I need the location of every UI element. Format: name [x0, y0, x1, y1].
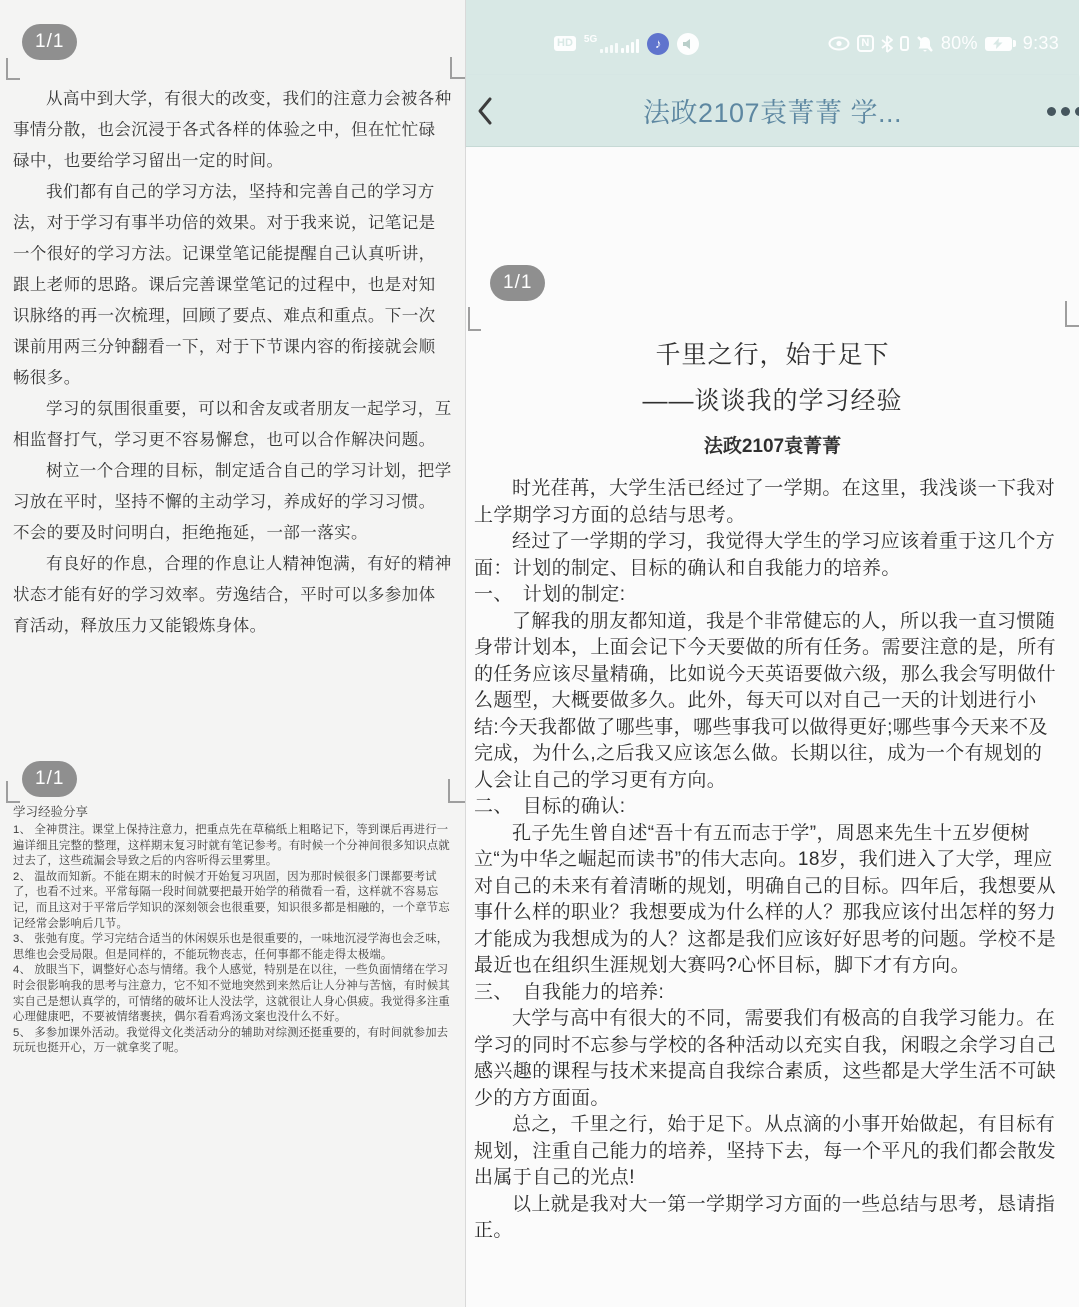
crop-corner-icon [1065, 301, 1079, 327]
document-title: 千里之行，始于足下 [466, 337, 1079, 373]
document-paragraph: 时光荏苒，大学生活已经过了一学期。在这里，我浅谈一下我对上学期学习方面的总结与思… [474, 476, 1058, 529]
essay-paragraph: 学习的氛围很重要，可以和舍友或者朋友一起学习，互相监督打气，学习更不容易懈怠，也… [13, 394, 452, 456]
screen: 1/1 从高中到大学，有很大的改变，我们的注意力会被各种事情分散，也会沉浸于各式… [0, 0, 1080, 1307]
document-paragraph: 以上就是我对大一第一学期学习方面的一些总结与思考，恳请指正。 [474, 1192, 1058, 1245]
speaker-glyph [682, 38, 694, 50]
signal-bars-sim1-icon [600, 43, 618, 53]
battery-percent-label: 80% [941, 33, 978, 54]
status-right-icons: N 80% 9:33 [828, 33, 1059, 54]
back-button[interactable] [476, 93, 502, 129]
chat-title: 法政2107袁菁菁 学... [643, 91, 902, 130]
vibrate-icon [900, 36, 909, 51]
crop-corner-icon [450, 57, 466, 79]
more-menu-button[interactable] [1047, 75, 1079, 147]
essay-paragraph: 从高中到大学，有很大的改变，我们的注意力会被各种事情分散，也会沉浸于各式各样的体… [13, 84, 452, 177]
document-subtitle: ——谈谈我的学习经验 [466, 383, 1079, 419]
notes-item: 2、 温故而知新。不能在期末的时候才开始复习巩固，因为那时候很多门课都要考试了，… [13, 870, 455, 932]
essay-paragraph: 我们都有自己的学习方法，坚持和完善自己的学习方法，对于学习有事半功倍的效果。对于… [13, 177, 452, 394]
media-app-icon [677, 33, 699, 55]
document-paragraph: 二、 目标的确认: [474, 794, 1058, 821]
page-count-badge: 1/1 [490, 265, 545, 301]
mute-bell-icon [916, 35, 934, 53]
document-paragraph: 三、 自我能力的培养: [474, 980, 1058, 1007]
bluetooth-icon [881, 35, 893, 53]
notes-item: 1、 全神贯注。课堂上保持注意力，把重点先在草稿纸上粗略记下，等到课后再进行一遍… [13, 823, 455, 870]
page-count-badge: 1/1 [22, 761, 77, 797]
left-page-image: 1/1 从高中到大学，有很大的改变，我们的注意力会被各种事情分散，也会沉浸于各式… [0, 0, 466, 1307]
crop-corner-icon [468, 307, 481, 331]
notes-item: 5、 多参加课外活动。我觉得文化类活动分的辅助对综测还挺重要的，有时间就参加去玩… [13, 1026, 455, 1057]
notes-item: 3、 张弛有度。学习完结合适当的休闲娱乐也是很重要的，一味地沉浸学海也会乏味，思… [13, 932, 455, 963]
essay-text: 从高中到大学，有很大的改变，我们的注意力会被各种事情分散，也会沉浸于各式各样的体… [13, 84, 452, 642]
document-paragraph: 大学与高中有很大的不同，需要我们有极高的自我学习能力。在学习的同时不忘参与学校的… [474, 1006, 1058, 1112]
page-count-badge: 1/1 [22, 24, 77, 60]
clock-label: 9:33 [1023, 33, 1059, 54]
notes-item: 4、 放眼当下，调整好心态与情绪。我个人感觉，特别是在以往，一些负面情绪在学习时… [13, 963, 455, 1025]
notes-list: 1、 全神贯注。课堂上保持注意力，把重点先在草稿纸上粗略记下，等到课后再进行一遍… [13, 823, 455, 1057]
crop-corner-icon [6, 781, 20, 803]
essay-paragraph: 有良好的作息，合理的作息让人精神饱满，有好的精神状态才能有好的学习效率。劳逸结合… [13, 549, 452, 642]
document-paragraph: 孔子先生曾自述“吾十有五而志于学”，周恩来先生十五岁便树立“为中华之崛起而读书”… [474, 821, 1058, 980]
chevron-left-icon [476, 96, 494, 126]
app-header: 法政2107袁菁菁 学... [466, 75, 1079, 147]
document-body: 时光荏苒，大学生活已经过了一学期。在这里，我浅谈一下我对上学期学习方面的总结与思… [466, 476, 1079, 1245]
network-type-label: 5G [584, 35, 597, 45]
document-author: 法政2107袁菁菁 [466, 433, 1079, 461]
signal-bars-sim2-icon [621, 39, 639, 53]
document-paragraph: 总之，千里之行，始于足下。从点滴的小事开始做起，有目标有规划，注重自己能力的培养… [474, 1112, 1058, 1192]
document-paragraph: 一、 计划的制定: [474, 582, 1058, 609]
signal-icon: 5G [584, 35, 639, 53]
document-paragraph: 经过了一学期的学习，我觉得大学生的学习应该着重于这几个方面：计划的制定、目标的确… [474, 529, 1058, 582]
essay-paragraph: 树立一个合理的目标，制定适合自己的学习计划，把学习放在平时，坚持不懈的主动学习，… [13, 456, 452, 549]
status-left-icons: HD 5G ♪ [554, 33, 699, 55]
battery-charging-icon [985, 37, 1016, 51]
eye-comfort-icon [828, 36, 850, 51]
phone-panel: HD 5G ♪ N [466, 0, 1079, 1307]
status-bar: HD 5G ♪ N [466, 0, 1079, 75]
document-paragraph: 了解我的朋友都知道，我是个非常健忘的人，所以我一直习惯随身带计划本，上面会记下今… [474, 609, 1058, 795]
crop-corner-icon [6, 58, 20, 80]
notes-title: 学习经验分享 [13, 803, 455, 821]
music-app-icon: ♪ [647, 33, 669, 55]
hd-icon: HD [554, 36, 576, 51]
notes-section: 学习经验分享 1、 全神贯注。课堂上保持注意力，把重点先在草稿纸上粗略记下，等到… [13, 803, 455, 1057]
nfc-icon: N [857, 35, 874, 52]
document-viewer[interactable]: 1/1 千里之行，始于足下 ——谈谈我的学习经验 法政2107袁菁菁 时光荏苒，… [466, 147, 1079, 1307]
crop-corner-icon [448, 779, 466, 803]
